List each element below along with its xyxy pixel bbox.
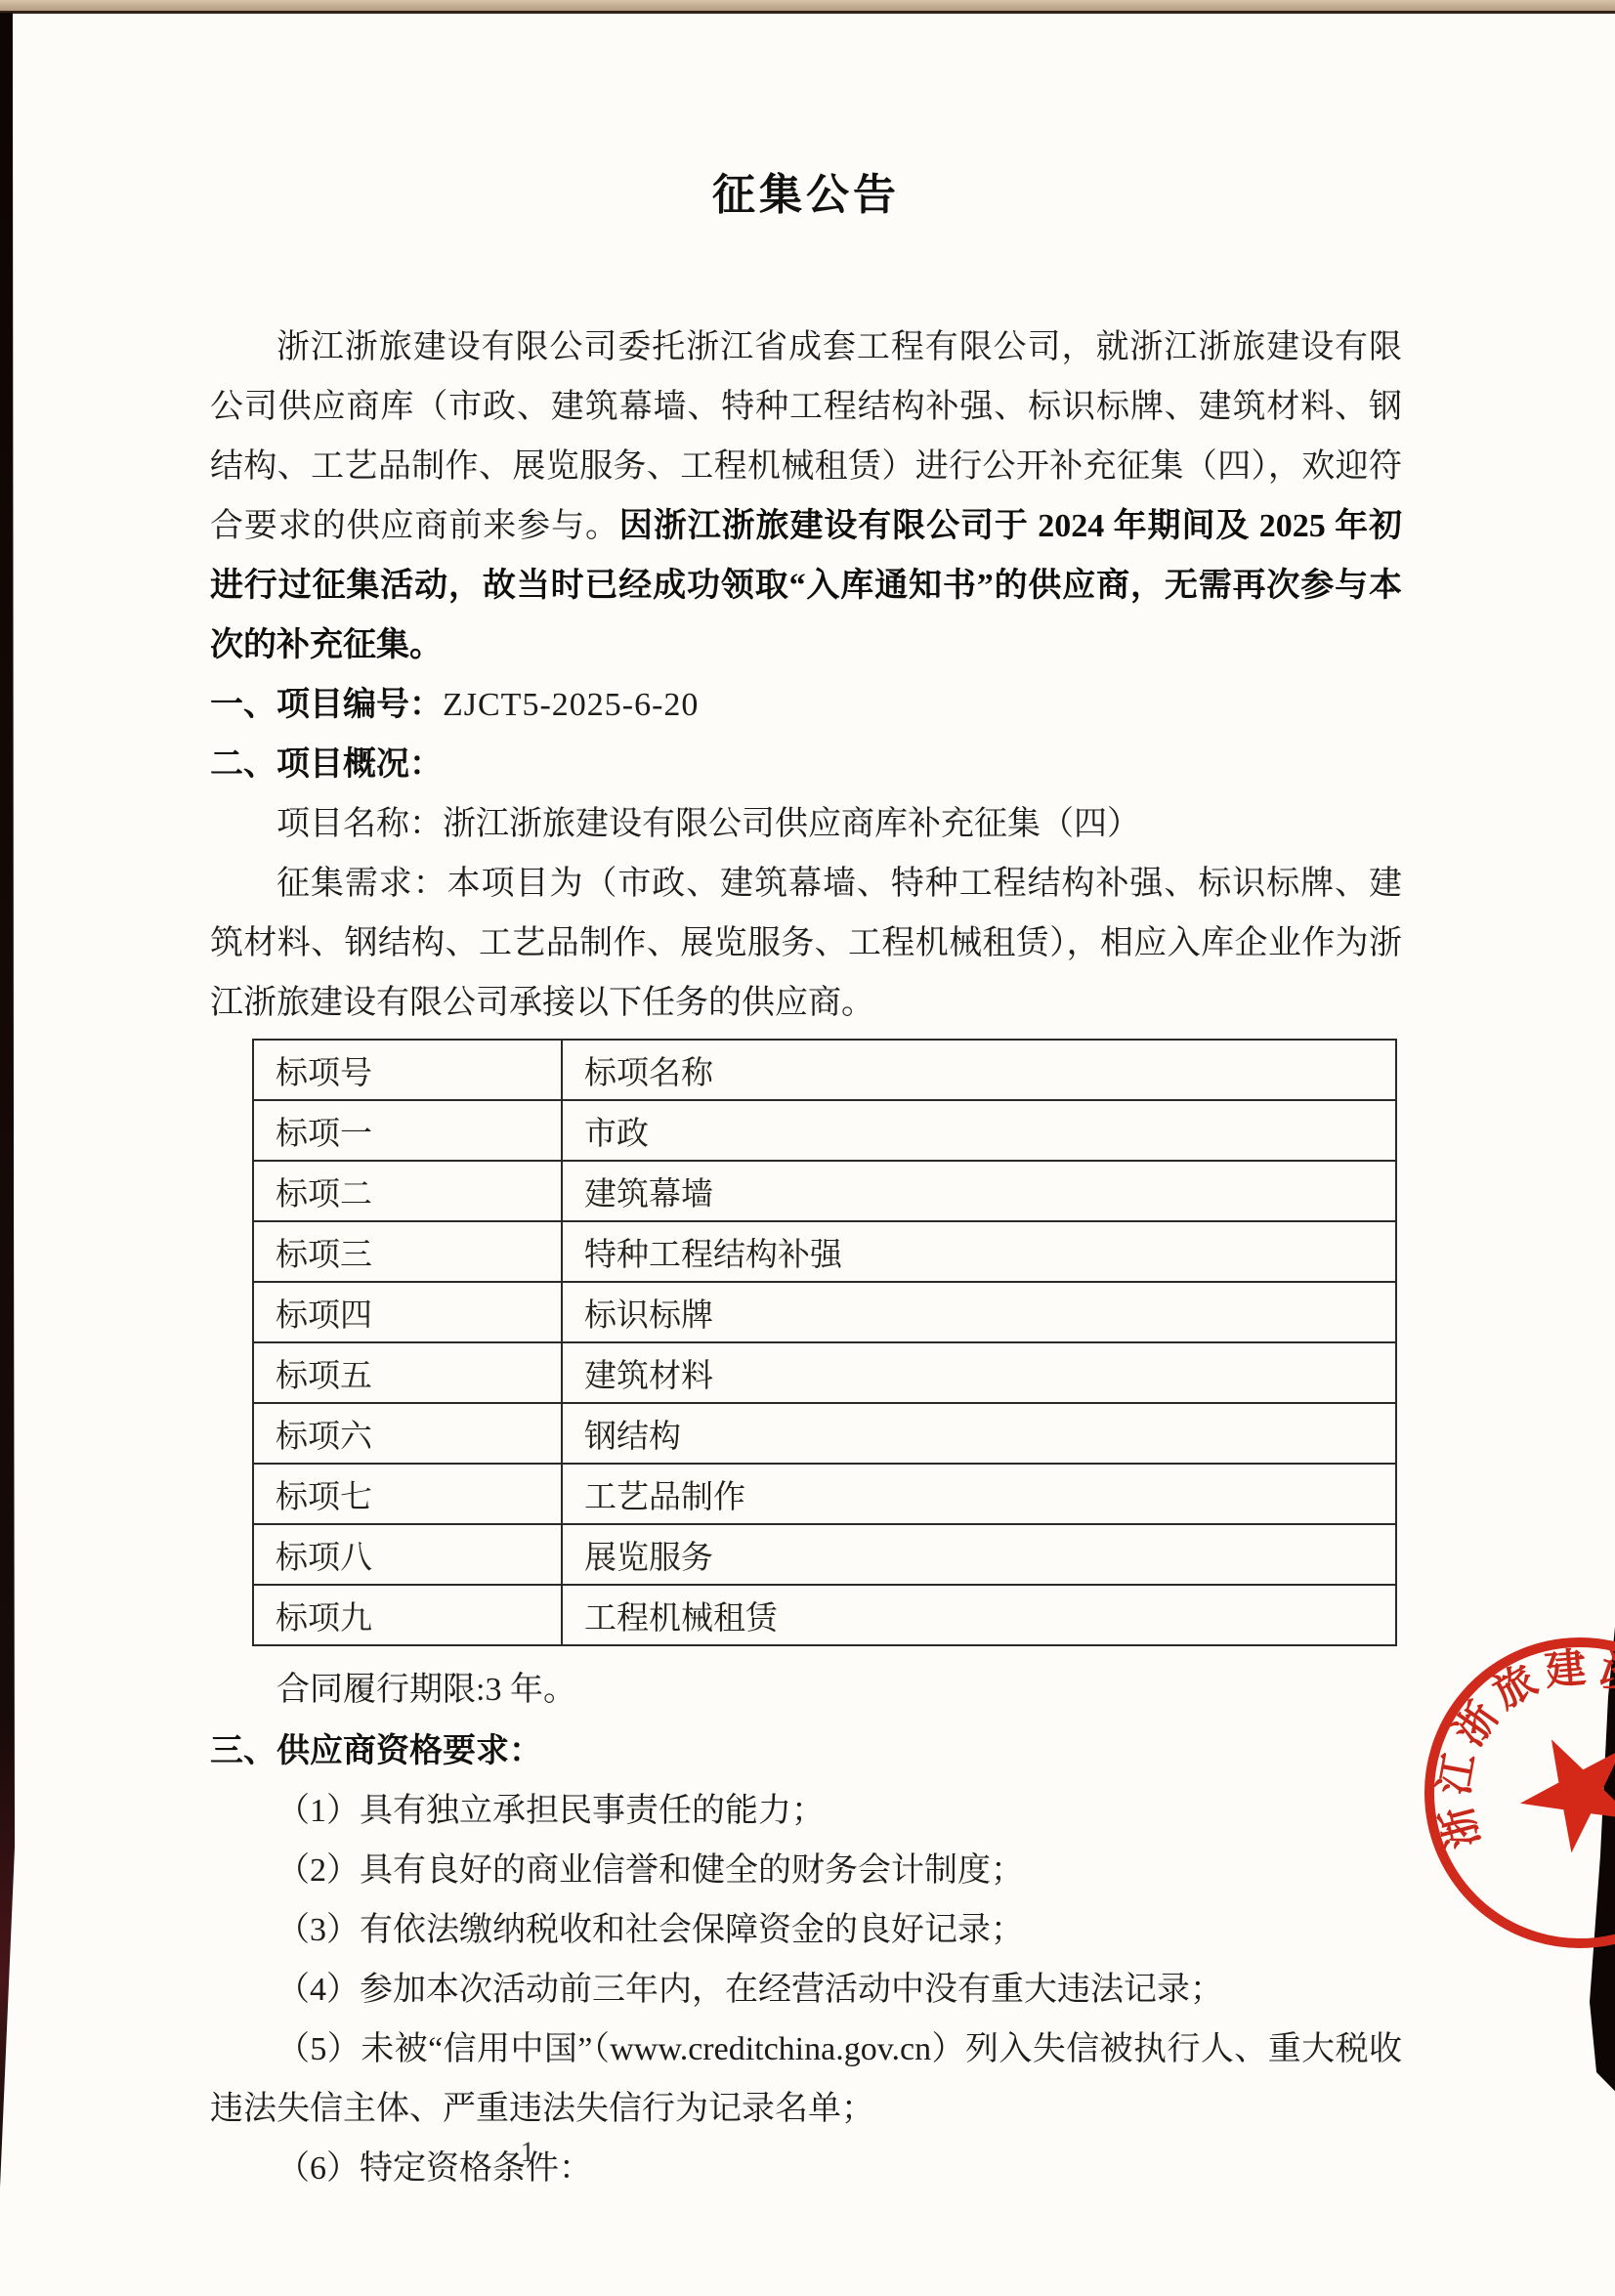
project-number-label: 一、项目编号： xyxy=(210,687,443,723)
table-row: 标项三特种工程结构补强 xyxy=(253,1221,1396,1282)
table-row: 标项二建筑幕墙 xyxy=(253,1161,1396,1221)
scanned-document-page: 征集公告 浙江浙旅建设有限公司委托浙江省成套工程有限公司，就浙江浙旅建设有限公司… xyxy=(0,0,1615,2296)
table-cell: 钢结构 xyxy=(562,1403,1396,1464)
page-title: 征集公告 xyxy=(210,166,1402,225)
table-cell: 标项三 xyxy=(253,1221,562,1282)
table-cell: 标项二 xyxy=(253,1161,562,1221)
bid-items-table: 标项号标项名称标项一市政标项二建筑幕墙标项三特种工程结构补强标项四标识标牌标项五… xyxy=(252,1039,1397,1646)
intro-paragraph: 浙江浙旅建设有限公司委托浙江省成套工程有限公司，就浙江浙旅建设有限公司供应商库（… xyxy=(210,318,1402,675)
table-row: 标项六钢结构 xyxy=(253,1403,1396,1464)
table-cell: 标项五 xyxy=(253,1342,562,1403)
table-cell: 标项六 xyxy=(253,1403,562,1464)
table-cell: 标项八 xyxy=(253,1524,562,1585)
table-cell: 标项名称 xyxy=(562,1040,1396,1100)
table-row: 标项九工程机械租赁 xyxy=(253,1585,1396,1645)
table-cell: 建筑幕墙 xyxy=(562,1161,1396,1221)
table-row: 标项号标项名称 xyxy=(253,1040,1396,1100)
table-cell: 工程机械租赁 xyxy=(562,1585,1396,1645)
requirement-item: （6）特定资格条件： xyxy=(210,2139,1402,2198)
table-cell: 标项四 xyxy=(253,1282,562,1342)
document-content: 征集公告 浙江浙旅建设有限公司委托浙江省成套工程有限公司，就浙江浙旅建设有限公司… xyxy=(0,0,1615,2198)
requirements-list: （1）具有独立承担民事责任的能力；（2）具有良好的商业信誉和健全的财务会计制度；… xyxy=(210,1781,1402,2198)
table-cell: 特种工程结构补强 xyxy=(562,1221,1396,1282)
contract-term-line: 合同履行期限:3 年。 xyxy=(210,1660,1402,1720)
table-cell: 建筑材料 xyxy=(562,1342,1396,1403)
requirement-item: （3）有依法缴纳税收和社会保障资金的良好记录； xyxy=(210,1900,1402,1960)
demand-line: 征集需求：本项目为（市政、建筑幕墙、特种工程结构补强、标识标牌、建筑材料、钢结构… xyxy=(210,854,1402,1033)
table-cell: 标项七 xyxy=(253,1464,562,1524)
section-2-heading: 二、项目概况： xyxy=(210,735,1402,794)
table-cell: 工艺品制作 xyxy=(562,1464,1396,1524)
requirement-item: （4）参加本次活动前三年内，在经营活动中没有重大违法记录； xyxy=(210,1960,1402,2020)
stamp-star xyxy=(1501,1713,1615,1863)
official-stamp: 浙江浙旅建设有 3301 xyxy=(1404,1617,1615,1969)
table-row: 标项四标识标牌 xyxy=(253,1282,1396,1342)
project-number-value: ZJCT5-2025-6-20 xyxy=(443,687,699,723)
page-number: 1 xyxy=(493,2136,562,2169)
table-row: 标项八展览服务 xyxy=(253,1524,1396,1585)
requirement-item: （1）具有独立承担民事责任的能力； xyxy=(210,1781,1402,1841)
requirement-item: （5）未被“信用中国”（www.creditchina.gov.cn）列入失信被… xyxy=(210,2020,1402,2139)
table-cell: 市政 xyxy=(562,1100,1396,1161)
table-cell: 标识标牌 xyxy=(562,1282,1396,1342)
section-3-heading: 三、供应商资格要求： xyxy=(210,1722,1402,1781)
table-cell: 标项九 xyxy=(253,1585,562,1645)
table-row: 标项一市政 xyxy=(253,1100,1396,1161)
table-row: 标项七工艺品制作 xyxy=(253,1464,1396,1524)
table-row: 标项五建筑材料 xyxy=(253,1342,1396,1403)
table-cell: 标项号 xyxy=(253,1040,562,1100)
table-cell: 标项一 xyxy=(253,1100,562,1161)
project-name-line: 项目名称：浙江浙旅建设有限公司供应商库补充征集（四） xyxy=(210,794,1402,854)
section-1-heading: 一、项目编号：ZJCT5-2025-6-20 xyxy=(210,675,1402,735)
requirement-item: （2）具有良好的商业信誉和健全的财务会计制度； xyxy=(210,1841,1402,1900)
table-cell: 展览服务 xyxy=(562,1524,1396,1585)
stamp-rotated-group: 浙江浙旅建设有 3301 xyxy=(1404,1617,1615,1969)
